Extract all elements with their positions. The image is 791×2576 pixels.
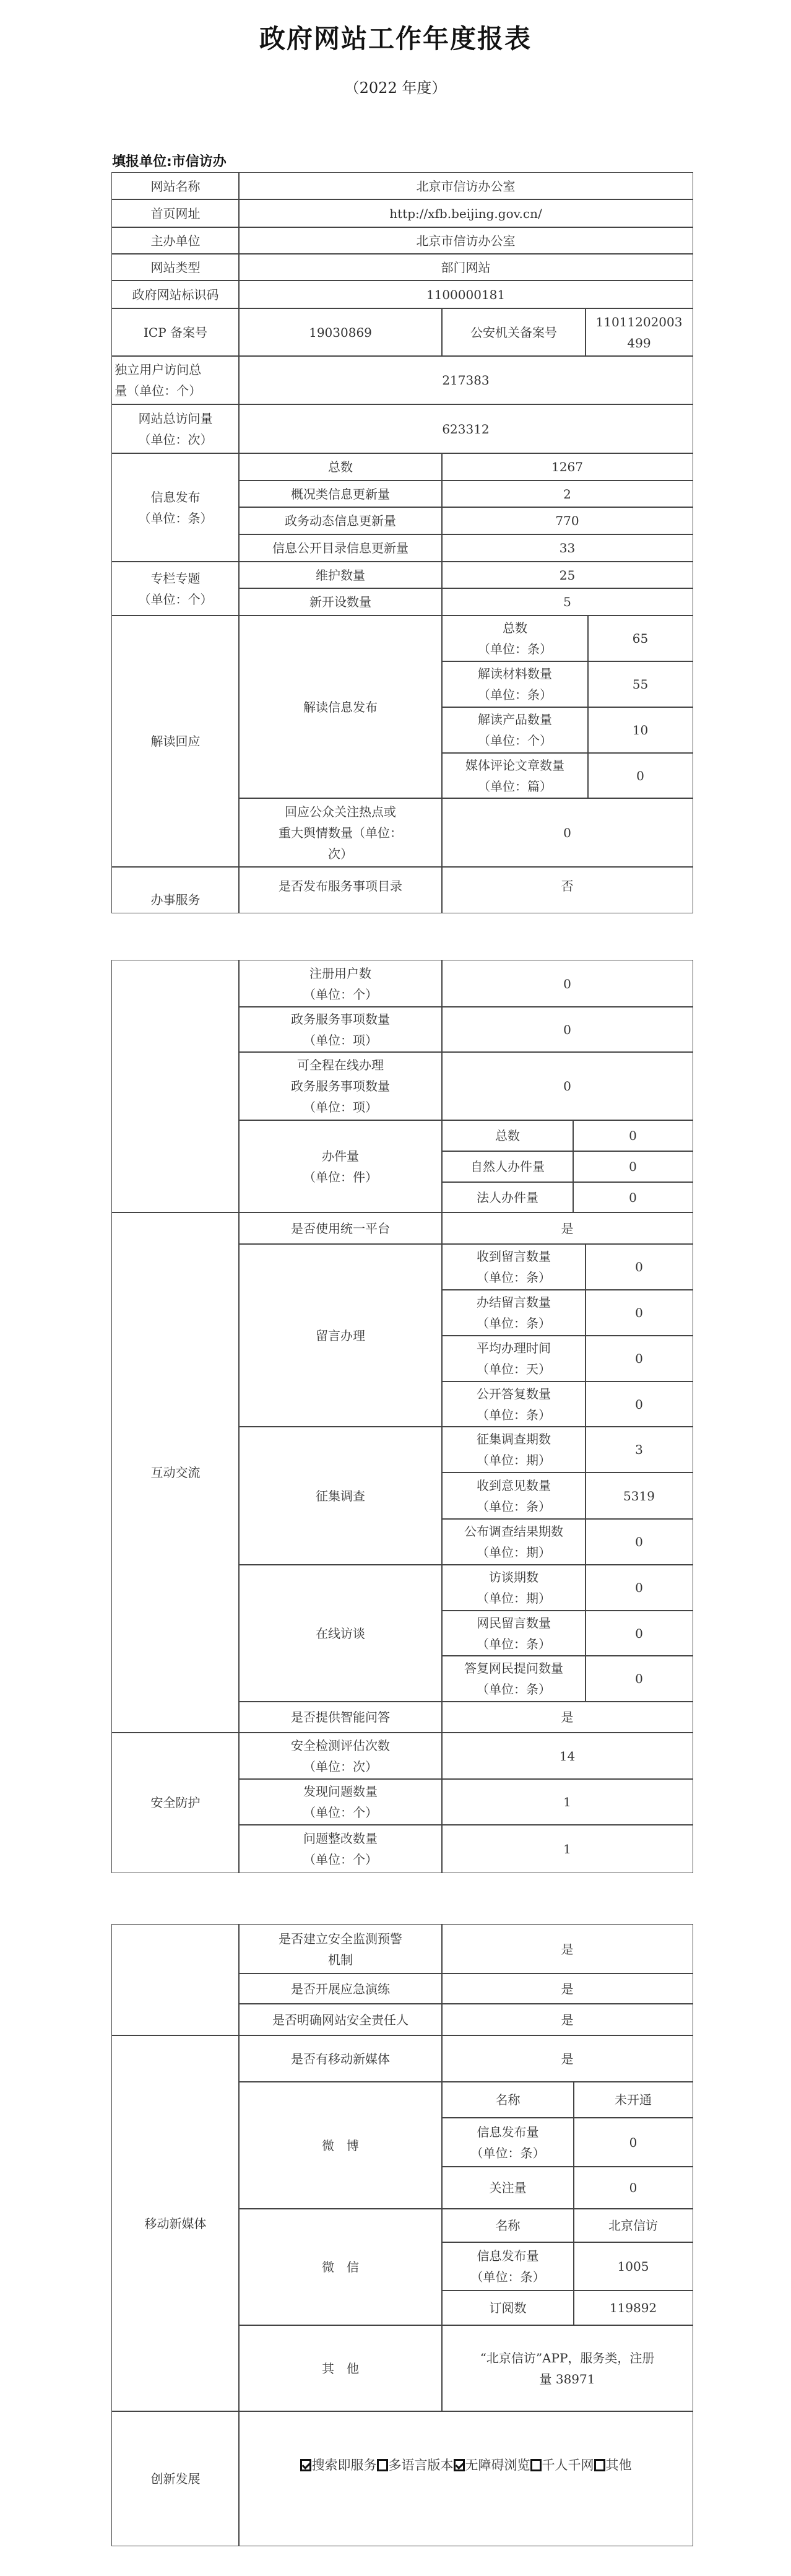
- label-interp-materials: 解读材料数量 （单位：条）: [441, 661, 589, 708]
- label-survey-results: 公布调查结果期数 （单位：期）: [441, 1518, 586, 1565]
- label-overview-updates: 概况类信息更新量: [238, 480, 443, 508]
- innovation-options: 搜索即服务多语言版本无障碍浏览千人千网其他: [300, 2455, 632, 2476]
- value-survey-periods: 3: [585, 1426, 693, 1473]
- label-wechat: 微 信: [238, 2208, 443, 2326]
- label-total-visits: 网站总访问量 （单位：次）: [111, 404, 240, 454]
- label-other-media: 其 他: [238, 2325, 443, 2412]
- unchecked-checkbox-icon[interactable]: [377, 2459, 388, 2471]
- label-info-total: 总数: [238, 453, 443, 481]
- label-interview-periods: 访谈期数 （单位：期）: [441, 1564, 586, 1611]
- value-weibo-name: 未开通: [573, 2081, 693, 2118]
- value-smart-qa: 是: [441, 1701, 693, 1733]
- innovation-option[interactable]: 千人千网: [530, 2458, 594, 2473]
- label-monitoring: 是否建立安全监测预警 机制: [238, 1924, 443, 1974]
- label-smart-qa: 是否提供智能问答: [238, 1701, 443, 1733]
- value-security-tests: 14: [441, 1732, 693, 1780]
- value-registered-users: 0: [441, 960, 693, 1007]
- value-cases-legal: 0: [573, 1181, 693, 1213]
- label-public-replies: 公开答复数量 （单位：条）: [441, 1381, 586, 1427]
- label-services: 办事服务: [111, 866, 240, 913]
- value-service-items: 0: [441, 1006, 693, 1053]
- label-responsible: 是否明确网站安全责任人: [238, 2003, 443, 2036]
- value-site-type: 部门网站: [238, 253, 693, 281]
- value-police-record: 11011202003 499: [585, 308, 693, 357]
- value-drills: 是: [441, 1973, 693, 2004]
- value-netizen-messages: 0: [585, 1610, 693, 1656]
- label-weibo-name: 名称: [441, 2081, 574, 2118]
- label-sponsor: 主办单位: [111, 227, 240, 255]
- label-messages-closed: 办结留言数量 （单位：条）: [441, 1289, 586, 1336]
- label-drills: 是否开展应急演练: [238, 1973, 443, 2004]
- label-service-items: 政务服务事项数量 （单位：项）: [238, 1006, 443, 1053]
- value-has-new-media: 是: [441, 2035, 693, 2082]
- innovation-option[interactable]: 搜索即服务: [300, 2458, 377, 2473]
- label-issues-found: 发现问题数量 （单位：个）: [238, 1778, 443, 1825]
- value-issues-found: 1: [441, 1778, 693, 1825]
- label-netizen-messages: 网民留言数量 （单位：条）: [441, 1610, 586, 1656]
- label-innovation: 创新发展: [111, 2411, 240, 2546]
- value-info-total: 1267: [441, 453, 693, 481]
- innovation-option[interactable]: 无障碍浏览: [454, 2458, 530, 2473]
- innovation-option-label: 多语言版本: [389, 2458, 454, 2473]
- innovation-option-label: 无障碍浏览: [465, 2458, 530, 2473]
- value-avg-time: 0: [585, 1335, 693, 1382]
- value-responsible: 是: [441, 2003, 693, 2036]
- label-news-updates: 政务动态信息更新量: [238, 507, 443, 535]
- value-weibo-followers: 0: [573, 2166, 693, 2209]
- value-weibo-posts: 0: [573, 2117, 693, 2167]
- label-weibo: 微 博: [238, 2081, 443, 2209]
- label-security-tests: 安全检测评估次数 （单位：次）: [238, 1732, 443, 1780]
- label-weibo-followers: 关注量: [441, 2166, 574, 2209]
- value-messages-received: 0: [585, 1243, 693, 1290]
- label-surveys: 征集调查: [238, 1426, 443, 1565]
- label-new-media: 移动新媒体: [111, 2035, 240, 2412]
- page-title: 政府网站工作年度报表: [0, 19, 791, 56]
- label-security: 安全防护: [111, 1732, 240, 1873]
- label-interaction: 互动交流: [111, 1212, 240, 1733]
- value-sponsor: 北京市信访办公室: [238, 227, 693, 255]
- innovation-option-label: 其他: [606, 2458, 632, 2473]
- value-unified-platform: 是: [441, 1212, 693, 1245]
- value-service-catalog: 否: [441, 866, 693, 913]
- label-service-catalog: 是否发布服务事项目录: [238, 866, 443, 913]
- label-unique-visitors: 独立用户访问总 量（单位：个）: [111, 355, 240, 405]
- value-interp-total: 65: [587, 615, 693, 662]
- innovation-option[interactable]: 其他: [594, 2458, 632, 2473]
- value-netizen-replies: 0: [585, 1655, 693, 1702]
- label-cases-individual: 自然人办件量: [441, 1151, 574, 1183]
- label-site-name: 网站名称: [111, 172, 240, 200]
- label-messages-received: 收到留言数量 （单位：条）: [441, 1243, 586, 1290]
- value-columns-maintained: 25: [441, 561, 693, 589]
- label-cases-total: 总数: [441, 1120, 574, 1152]
- label-services-continued: [111, 960, 240, 1213]
- label-has-new-media: 是否有移动新媒体: [238, 2035, 443, 2082]
- value-messages-closed: 0: [585, 1289, 693, 1336]
- label-interpretation-publish: 解读信息发布: [238, 615, 443, 799]
- value-media-articles: 0: [587, 752, 693, 799]
- checked-checkbox-icon[interactable]: [454, 2459, 465, 2471]
- reporting-unit: 填报单位:市信访办: [112, 151, 227, 170]
- label-online-interviews: 在线访谈: [238, 1564, 443, 1702]
- label-weibo-posts: 信息发布量 （单位：条）: [441, 2117, 574, 2167]
- value-interp-products: 10: [587, 707, 693, 754]
- label-wechat-posts: 信息发布量 （单位：条）: [441, 2242, 574, 2291]
- value-wechat-subscribers: 119892: [573, 2290, 693, 2326]
- value-homepage-url[interactable]: http://xfb.beijing.gov.cn/: [238, 199, 693, 228]
- label-unified-platform: 是否使用统一平台: [238, 1212, 443, 1245]
- label-avg-time: 平均办理时间 （单位：天）: [441, 1335, 586, 1382]
- label-security-continued: [111, 1924, 240, 2036]
- value-interp-materials: 55: [587, 661, 693, 708]
- label-columns-maintained: 维护数量: [238, 561, 443, 589]
- innovation-option-label: 千人千网: [542, 2458, 594, 2473]
- label-survey-periods: 征集调查期数 （单位：期）: [441, 1426, 586, 1473]
- label-issues-fixed: 问题整改数量 （单位：个）: [238, 1824, 443, 1873]
- value-site-id: 1100000181: [238, 280, 693, 309]
- label-wechat-subscribers: 订阅数: [441, 2290, 574, 2326]
- innovation-option-label: 搜索即服务: [312, 2458, 377, 2473]
- label-messages: 留言办理: [238, 1243, 443, 1427]
- value-disclosure-updates: 33: [441, 534, 693, 562]
- value-public-replies: 0: [585, 1381, 693, 1427]
- value-wechat-name: 北京信访: [573, 2208, 693, 2243]
- value-online-items: 0: [441, 1051, 693, 1121]
- value-public-response: 0: [441, 798, 693, 868]
- label-site-id: 政府网站标识码: [111, 280, 240, 309]
- label-icp: ICP 备案号: [111, 308, 240, 357]
- value-total-visits: 623312: [238, 404, 693, 454]
- report-year: （2022 年度）: [0, 76, 791, 97]
- label-site-type: 网站类型: [111, 253, 240, 281]
- innovation-option[interactable]: 多语言版本: [377, 2458, 454, 2473]
- label-police-record: 公安机关备案号: [441, 308, 586, 357]
- value-opinions-received: 5319: [585, 1472, 693, 1520]
- value-cases-individual: 0: [573, 1151, 693, 1183]
- label-interpretation: 解读回应: [111, 615, 240, 868]
- value-wechat-posts: 1005: [573, 2242, 693, 2291]
- label-media-articles: 媒体评论文章数量 （单位：篇）: [441, 752, 589, 799]
- label-registered-users: 注册用户数 （单位：个）: [238, 960, 443, 1007]
- unchecked-checkbox-icon[interactable]: [594, 2459, 605, 2471]
- label-wechat-name: 名称: [441, 2208, 574, 2243]
- value-interview-periods: 0: [585, 1564, 693, 1611]
- label-info-publish: 信息发布 （单位：条）: [111, 453, 240, 562]
- value-news-updates: 770: [441, 507, 693, 535]
- value-site-name: 北京市信访办公室: [238, 172, 693, 200]
- value-cases-total: 0: [573, 1120, 693, 1152]
- value-overview-updates: 2: [441, 480, 693, 508]
- checked-checkbox-icon[interactable]: [300, 2459, 311, 2471]
- label-columns: 专栏专题 （单位：个）: [111, 561, 240, 616]
- label-disclosure-updates: 信息公开目录信息更新量: [238, 534, 443, 562]
- value-issues-fixed: 1: [441, 1824, 693, 1873]
- value-icp: 19030869: [238, 308, 443, 357]
- value-other-media: “北京信访”APP，服务类，注册 量 38971: [441, 2325, 693, 2412]
- label-interp-products: 解读产品数量 （单位：个）: [441, 707, 589, 754]
- label-netizen-replies: 答复网民提问数量 （单位：条）: [441, 1655, 586, 1702]
- label-columns-new: 新开设数量: [238, 588, 443, 616]
- label-online-items: 可全程在线办理 政务服务事项数量 （单位：项）: [238, 1051, 443, 1121]
- label-cases: 办件量 （单位：件）: [238, 1120, 443, 1213]
- label-homepage-url: 首页网址: [111, 199, 240, 228]
- unchecked-checkbox-icon[interactable]: [530, 2459, 542, 2471]
- label-public-response: 回应公众关注热点或 重大舆情数量（单位： 次）: [238, 798, 443, 868]
- innovation-options-cell: 搜索即服务多语言版本无障碍浏览千人千网其他: [238, 2411, 693, 2546]
- value-columns-new: 5: [441, 588, 693, 616]
- value-unique-visitors: 217383: [238, 355, 693, 405]
- value-survey-results: 0: [585, 1518, 693, 1565]
- label-interp-total: 总数 （单位：条）: [441, 615, 589, 662]
- label-cases-legal: 法人办件量: [441, 1181, 574, 1213]
- label-opinions-received: 收到意见数量 （单位：条）: [441, 1472, 586, 1520]
- value-monitoring: 是: [441, 1924, 693, 1974]
